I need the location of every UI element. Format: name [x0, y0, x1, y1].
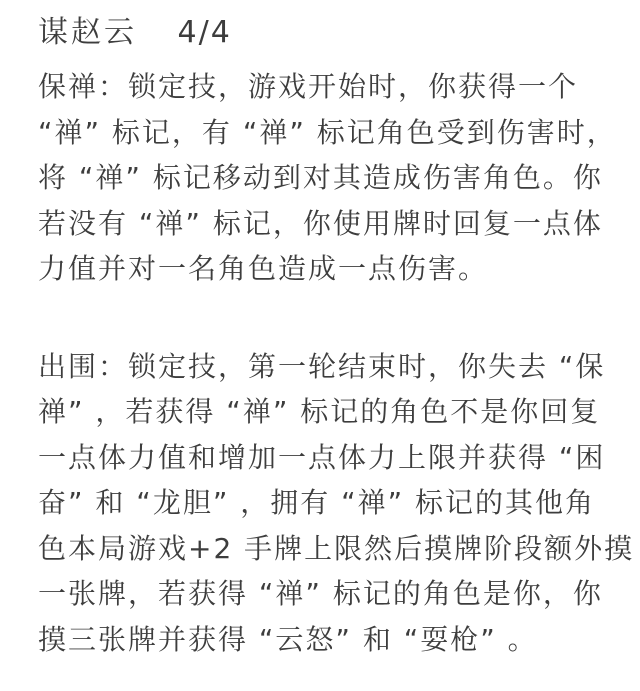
document-page: 谋赵云 4/4 保禅：锁定技，游戏开始时，你获得一个 “禅” 标记，有 “禅” … [0, 0, 640, 691]
text-line: 出围：锁定技，第一轮结束时，你失去 “保 [38, 344, 616, 390]
text-line: 一张牌，若获得 “禅” 标记的角色是你，你 [38, 571, 616, 617]
text-line: 色本局游戏+2 手牌上限然后摸牌阶段额外摸 [38, 526, 616, 572]
skill-1-description: 保禅：锁定技，游戏开始时，你获得一个 “禅” 标记，有 “禅” 标记角色受到伤害… [38, 64, 616, 292]
skill-2-description: 出围：锁定技，第一轮结束时，你失去 “保 禅” ，若获得 “禅” 标记的角色不是… [38, 344, 616, 663]
text-line: 摸三张牌并获得 “云怒” 和 “耍枪” 。 [38, 617, 616, 663]
text-line: 一点体力值和增加一点体力上限并获得 “困 [38, 435, 616, 481]
text-line: 奋” 和 “龙胆” ，拥有 “禅” 标记的其他角 [38, 480, 616, 526]
text-line: 保禅：锁定技，游戏开始时，你获得一个 [38, 64, 616, 110]
text-line: 若没有 “禅” 标记，你使用牌时回复一点体 [38, 201, 616, 247]
page-indicator: 4/4 [178, 15, 232, 50]
text-line: 力值并对一名角色造成一点伤害。 [38, 246, 616, 292]
text-line: 将 “禅” 标记移动到对其造成伤害角色。你 [38, 155, 616, 201]
text-line: “禅” 标记，有 “禅” 标记角色受到伤害时， [38, 110, 616, 156]
text-line: 禅” ，若获得 “禅” 标记的角色不是你回复 [38, 389, 616, 435]
character-name: 谋赵云 [38, 15, 137, 50]
title-row: 谋赵云 4/4 [38, 12, 616, 54]
